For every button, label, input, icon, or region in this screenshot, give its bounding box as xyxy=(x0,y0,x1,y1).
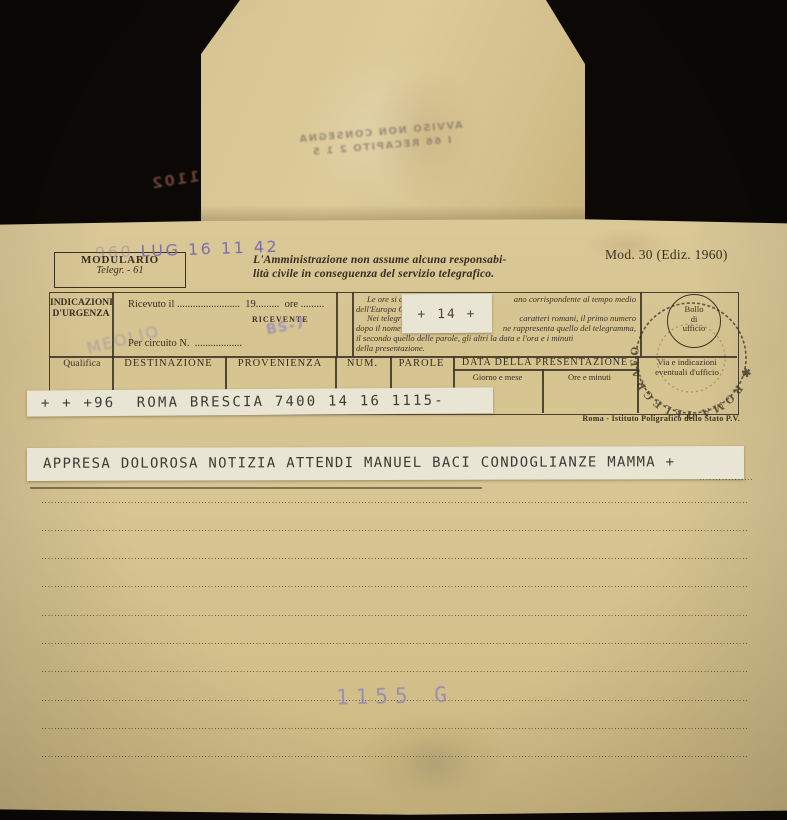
indicazioni-line-1: INDICAZIONI xyxy=(50,298,113,308)
service-line-strip: + + +96 ROMA BRESCIA 7400 14 16 1115- xyxy=(27,387,493,416)
indicazioni-urgenza-label: INDICAZIONI D'URGENZA xyxy=(50,298,112,320)
disclaimer-line-1: L'Amministrazione non assume alcuna resp… xyxy=(253,254,507,266)
ruled-line xyxy=(42,530,748,531)
disclaimer-text: L'Amministrazione non assume alcuna resp… xyxy=(253,254,553,281)
ruled-line xyxy=(42,502,748,503)
per-circuito-field: Per circuito N. .................. xyxy=(128,338,242,349)
form-instructions: Le ore si coano corrispondente al tempo … xyxy=(356,295,636,353)
postmark-stamp: ✱ ROMA TELEGRAFO xyxy=(616,284,765,431)
table-hline xyxy=(453,369,637,371)
ruled-line xyxy=(42,643,748,644)
instr-l6: della presentazione. xyxy=(356,344,425,354)
ricevuto-il-field: Ricevuto il ........................ 19.… xyxy=(128,299,324,310)
ruled-line xyxy=(42,756,748,757)
postmark-inner-ring xyxy=(651,318,732,399)
table-vline xyxy=(336,292,338,356)
subcolumn-giorno-mese: Giorno e mese xyxy=(453,372,542,382)
ruled-line xyxy=(42,586,748,587)
form-edition-label: Mod. 30 (Ediz. 1960) xyxy=(605,247,747,263)
message-strip: APPRESA DOLOROSA NOTIZIA ATTENDI MANUEL … xyxy=(27,446,744,481)
flap-bleed-number: 1102 xyxy=(149,167,201,193)
column-provenienza: PROVENIENZA xyxy=(225,358,335,369)
modulario-subtitle: Telegr. - 61 xyxy=(55,265,185,276)
table-vline xyxy=(352,292,354,356)
ruled-line xyxy=(42,728,748,729)
instr-l1-right: ano corrispondente al tempo medio xyxy=(514,295,636,305)
ruled-line xyxy=(42,558,748,559)
column-num: NUM. xyxy=(335,358,390,369)
pasted-correction-strip: + 14 + xyxy=(402,294,492,334)
telegram-photo: AVVISO NON CONSEGNA I 66 RECAPITO 2 1 5 … xyxy=(0,0,787,820)
column-destinazione: DESTINAZIONE xyxy=(112,358,225,369)
ruled-line xyxy=(42,671,748,672)
envelope-flap xyxy=(199,0,585,227)
printer-credit: Roma - Istituto Poligrafico dello Stato … xyxy=(500,414,740,423)
ruled-line-solid xyxy=(30,487,482,489)
column-data-presentazione: DATA DELLA PRESENTAZIONE xyxy=(453,357,637,368)
ruled-line xyxy=(42,615,748,616)
postmark-outer-ring xyxy=(626,293,756,423)
subcolumn-ore-minuti: Ore e minuti xyxy=(542,372,637,382)
column-qualifica: Qualifica xyxy=(53,359,111,369)
indicazioni-line-2: D'URGENZA xyxy=(52,309,109,319)
column-parole: PAROLE xyxy=(390,358,453,369)
control-number-stamp: 1155 G xyxy=(336,682,454,709)
date-stamp-prefix: 960 xyxy=(95,242,141,263)
disclaimer-line-2: lità civile in conseguenza del servizio … xyxy=(253,268,494,280)
